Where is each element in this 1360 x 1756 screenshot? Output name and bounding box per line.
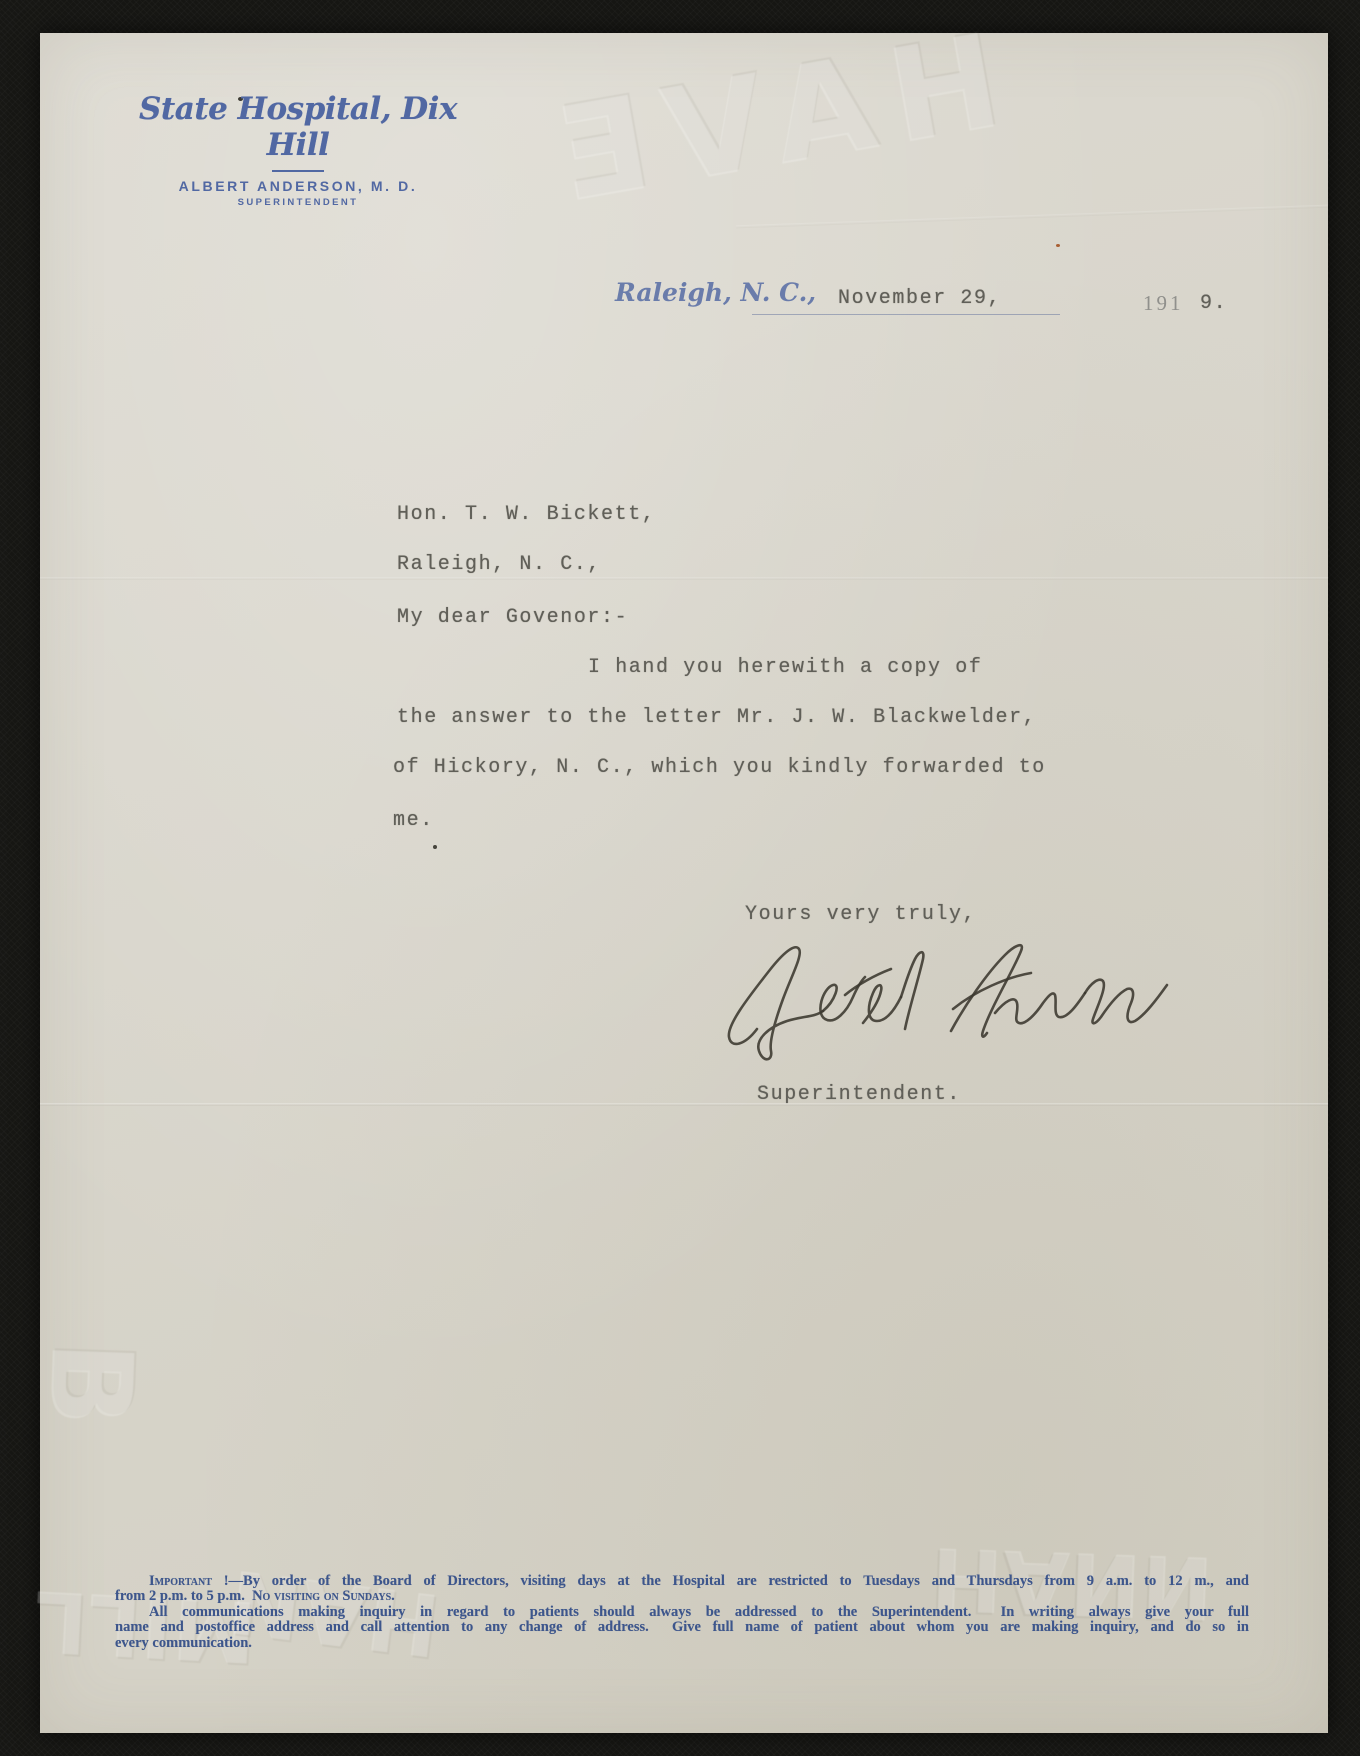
letter-paper: HAVE B MILL HAN HANN State Hospital, Dix… [40, 33, 1328, 1733]
watermark-emboss: HAVE [530, 4, 1011, 234]
footer-line: All communications making inquiry in reg… [115, 1605, 1249, 1620]
officer-name: ALBERT ANDERSON, M. D. [118, 178, 478, 194]
body-line-2: the answer to the letter Mr. J. W. Black… [397, 706, 1036, 729]
paper-speck [1056, 244, 1060, 247]
footer-line: Important !—By order of the Board of Dir… [115, 1574, 1249, 1589]
footer-line: from 2 p.m. to 5 p.m. No visiting on Sun… [115, 1589, 1249, 1604]
watermark-emboss: B [24, 1338, 157, 1428]
dateline-blank-rule [752, 314, 1060, 315]
signature: Albert Anderson [695, 933, 1185, 1073]
fold-crease [40, 577, 1328, 580]
fold-crease [40, 1103, 1328, 1106]
signer-title: Superintendent. [757, 1083, 961, 1106]
salutation: My dear Govenor:- [397, 606, 628, 629]
dateline-typed-date: November 29, [838, 287, 1001, 310]
paper-speck [433, 845, 437, 849]
organization-name: State Hospital, Dix Hill [118, 91, 478, 163]
body-line-3: of Hickory, N. C., which you kindly forw… [393, 756, 1046, 779]
footer-important-label: Important ! [149, 1573, 229, 1589]
fold-crease [736, 205, 1328, 229]
letter-scan: HAVE B MILL HAN HANN State Hospital, Dix… [0, 0, 1360, 1756]
dateline-typed-year: 9. [1200, 292, 1227, 315]
valediction: Yours very truly, [745, 903, 976, 926]
footer-line: name and postoffice address and call att… [115, 1620, 1249, 1635]
dateline-printed-year: 191 [1143, 291, 1184, 316]
officer-title: SUPERINTENDENT [118, 197, 478, 208]
letterhead: State Hospital, Dix Hill ALBERT ANDERSON… [118, 91, 478, 208]
footer-notice: Important !—By order of the Board of Dir… [115, 1574, 1249, 1651]
body-line-1: I hand you herewith a copy of [588, 656, 982, 679]
body-line-4: me. [393, 809, 434, 832]
letterhead-rule [272, 170, 324, 172]
recipient-line-1: Hon. T. W. Bickett, [397, 503, 655, 526]
footer-line: every communication. [115, 1636, 1249, 1651]
dateline-place: Raleigh, N. C., [615, 278, 816, 307]
recipient-line-2: Raleigh, N. C., [397, 553, 601, 576]
